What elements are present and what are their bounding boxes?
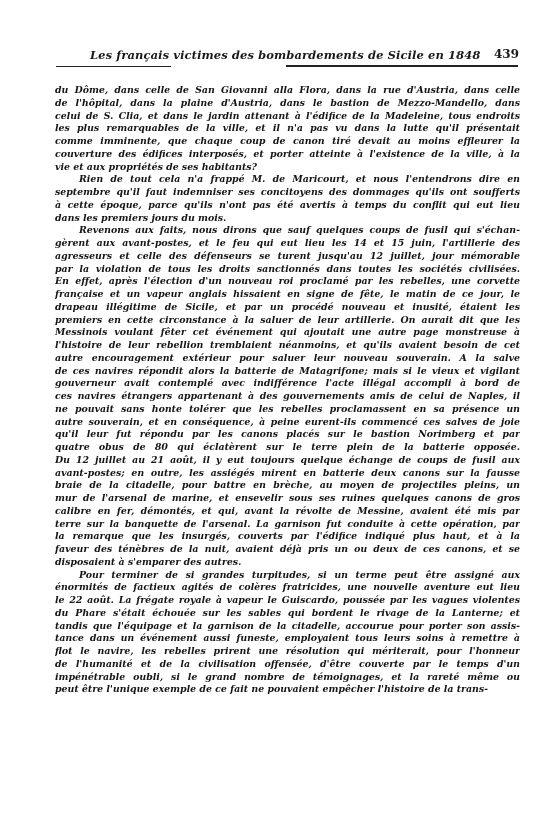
text-line: gèrent aux avant-postes, et le feu qui e… xyxy=(55,238,520,251)
document-page: Les français victimes des bombardements … xyxy=(0,0,550,813)
text-line: disposaient à s'emparer des autres. xyxy=(55,557,520,570)
page-number: 439 xyxy=(494,47,519,61)
text-line: avant-postes; en outre, les assiégés mir… xyxy=(55,468,520,481)
text-line: septembre qu'il faut indemniser ses conc… xyxy=(55,187,520,200)
running-head-title: Les français victimes des bombardements … xyxy=(90,48,480,62)
text-line: celui de S. Clia, et dans le jardin atte… xyxy=(55,111,520,124)
text-line: énormités de factieux agités de colères … xyxy=(55,582,520,595)
text-line: la remarque que les insurgés, couverts p… xyxy=(55,531,520,544)
text-line: dans les premiers jours du mois. xyxy=(55,213,520,226)
text-line: agresseurs et celle des défenseurs se tu… xyxy=(55,251,520,264)
text-line: du Phare s'était échouée sur les sables … xyxy=(55,608,520,621)
text-line: comme imminente, que chaque coup de cano… xyxy=(55,136,520,149)
text-line: Revenons aux faits, nous dirons que sauf… xyxy=(55,225,520,238)
text-line: Pour terminer de si grandes turpitudes, … xyxy=(55,570,520,583)
text-line: quatre obus de 80 qui éclatèrent sur le … xyxy=(55,442,520,455)
running-head: Les français victimes des bombardements … xyxy=(55,46,519,66)
paragraph: du Dôme, dans celle de San Giovanni alla… xyxy=(55,85,520,174)
text-line: Rien de tout cela n'a frappé M. de Maric… xyxy=(55,174,520,187)
text-line: Du 12 juillet au 21 août, il y eut toujo… xyxy=(55,455,520,468)
text-line: ne pouvait sans honte tolérer que les re… xyxy=(55,404,520,417)
text-line: couverture des édifices interposés, et p… xyxy=(55,149,520,162)
text-line: le 22 août. La frégate royale à vapeur l… xyxy=(55,595,520,608)
text-line: de l'hôpital, dans la plaine d'Austria, … xyxy=(55,98,520,111)
paragraph: Pour terminer de si grandes turpitudes, … xyxy=(55,570,520,698)
text-line: de ces navires répondit alors la batteri… xyxy=(55,366,520,379)
paragraph: Revenons aux faits, nous dirons que sauf… xyxy=(55,225,520,569)
text-line: tandis que l'équipage et la garnison de … xyxy=(55,621,520,634)
header-rule-left xyxy=(56,66,171,67)
text-line: à cette époque, parce qu'ils n'ont pas é… xyxy=(55,200,520,213)
text-line: les plus remarquables de la ville, et il… xyxy=(55,123,520,136)
text-line: gouverneur avait contemplé avec indiffér… xyxy=(55,378,520,391)
text-line: française et un vapeur anglais hissaient… xyxy=(55,289,520,302)
text-line: du Dôme, dans celle de San Giovanni alla… xyxy=(55,85,520,98)
text-line: autre encouragement extérieur pour salue… xyxy=(55,353,520,366)
text-line: tance dans un événement aussi funeste, e… xyxy=(55,633,520,646)
body-text: du Dôme, dans celle de San Giovanni alla… xyxy=(55,85,520,697)
text-line: l'histoire de leur rebellion tremblaient… xyxy=(55,340,520,353)
text-line: autre souverain, et en conséquence, à pe… xyxy=(55,417,520,430)
text-line: de l'humanité et de la civilisation offe… xyxy=(55,659,520,672)
text-line: par la violation de tous les droits sanc… xyxy=(55,264,520,277)
text-line: vie et aux propriétés de ses habitants? xyxy=(55,162,520,175)
text-line: premiers en cette circonstance à la salu… xyxy=(55,315,520,328)
text-line: drapeau illégitime de Sicile, et par un … xyxy=(55,302,520,315)
text-line: braie de la citadelle, pour battre en br… xyxy=(55,480,520,493)
text-line: peut être l'unique exemple de ce fait ne… xyxy=(55,684,520,697)
header-rule-right xyxy=(286,65,518,67)
text-line: ces navires étrangers appartenant à des … xyxy=(55,391,520,404)
text-line: qu'il leur fut répondu par les canons pl… xyxy=(55,429,520,442)
text-line: terre sur la banquette de l'arsenal. La … xyxy=(55,519,520,532)
text-line: impénétrable oubli, si le grand nombre d… xyxy=(55,672,520,685)
text-line: mur de l'arsenal de marine, et ensevelir… xyxy=(55,493,520,506)
text-line: flot le navire, les rebelles prirent une… xyxy=(55,646,520,659)
text-line: faveur des ténèbres de la nuit, avaient … xyxy=(55,544,520,557)
text-line: calibre en fer, démontés, et qui, avant … xyxy=(55,506,520,519)
paragraph: Rien de tout cela n'a frappé M. de Maric… xyxy=(55,174,520,225)
text-line: Messinois voulant fêter cet événement qu… xyxy=(55,327,520,340)
text-line: En effet, après l'élection d'un nouveau … xyxy=(55,276,520,289)
